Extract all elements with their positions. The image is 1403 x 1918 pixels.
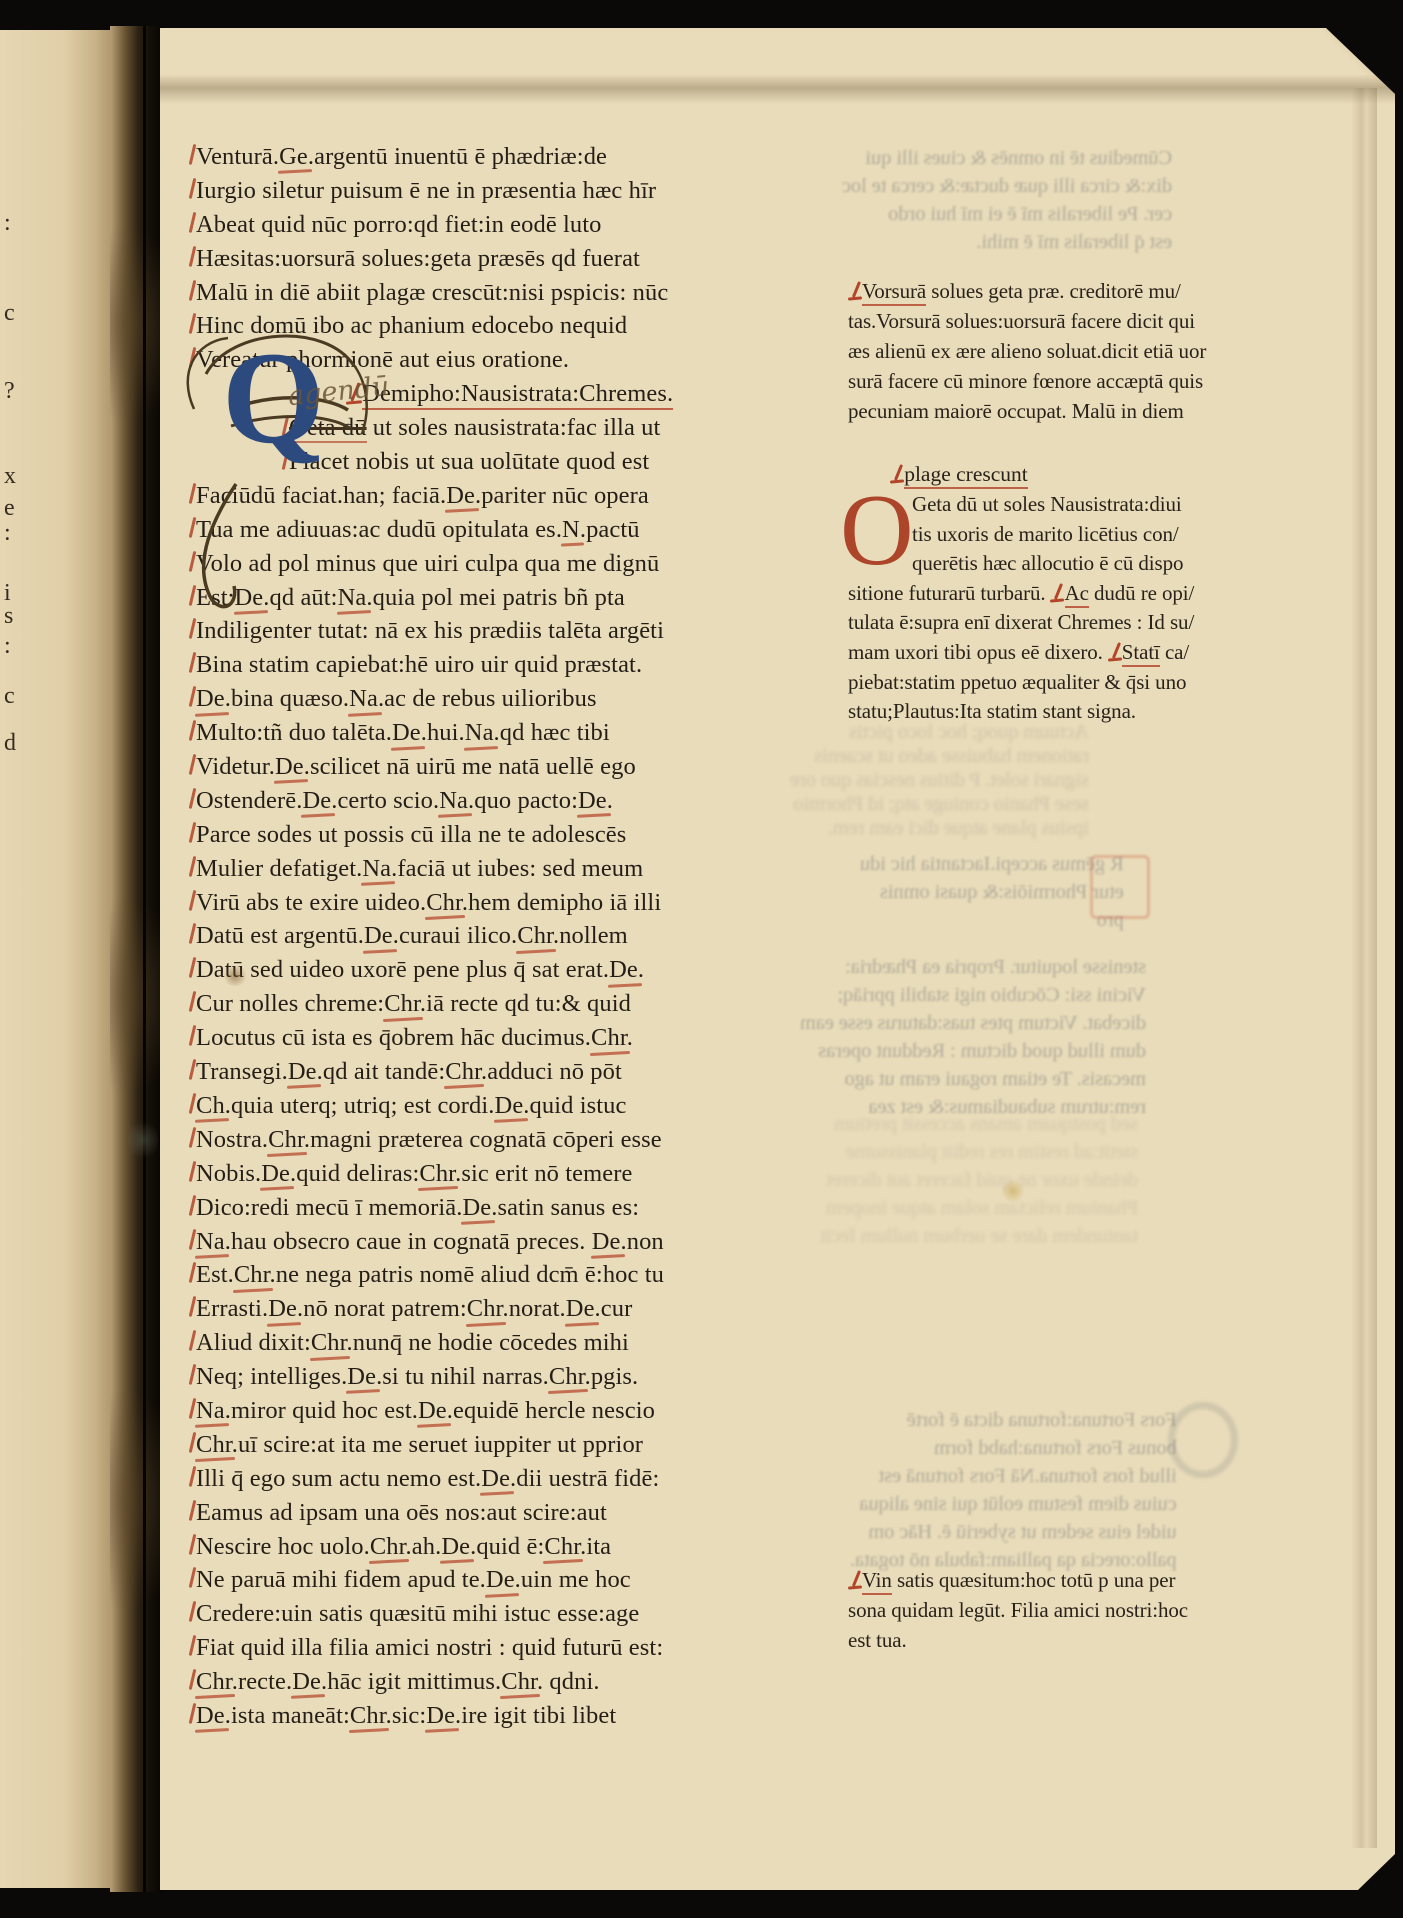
bleedthrough-line: illud fors fortuna.Nā Fors fortunā est: [850, 1462, 1177, 1490]
rubric-stroke: [189, 1466, 197, 1487]
speaker-abbreviation: De.: [495, 1092, 530, 1119]
commentary-line: sona quidam legūt. Filia amici nostri:ho…: [848, 1595, 1193, 1625]
bleedthrough-line: stetit:ad restim res rediit planissume: [820, 1138, 1138, 1166]
speaker-abbreviation: De.: [446, 482, 481, 509]
speaker-abbreviation: Chr.: [196, 1668, 238, 1695]
rubric-stroke: [189, 1262, 197, 1283]
bleedthrough-initial-o: [1168, 1402, 1238, 1478]
rubric-stroke: [189, 1330, 197, 1351]
speaker-abbreviation: De.: [486, 1566, 521, 1593]
bleedthrough-line: deinde uxor ne quid faceret aut diceret: [820, 1166, 1138, 1194]
commentary-line: Geta dū ut soles Nausistrata:diui: [912, 490, 1193, 520]
commentary-line: tis uxoris de marito licētius con/: [912, 520, 1193, 550]
speaker-abbreviation: Chr.: [196, 1431, 238, 1458]
rubric-stroke: [189, 754, 197, 775]
commentary-line: tulata ē:supra enī dixerat Chremes : Id …: [848, 608, 1193, 638]
speaker-abbreviation: De.: [268, 1295, 303, 1322]
rubric-stroke: [189, 144, 197, 165]
rubric-stroke: [189, 618, 197, 639]
verse-line: Hæsitas:uorsurā solues:geta præsēs qd fu…: [196, 242, 736, 276]
verse-line: De.bina quæso.Na.ac de rebus uilioribus: [196, 682, 736, 716]
speaker-abbreviation: De.: [418, 1397, 453, 1424]
speaker-abbreviation: Na.: [196, 1228, 231, 1255]
speaker-abbreviation: Na.: [196, 1397, 231, 1424]
bleedthrough-text: sed postquam amans accessit pretiumsteti…: [820, 1110, 1138, 1250]
facing-page-letter: s: [4, 603, 13, 630]
red-underlined-text: Vin: [862, 1568, 892, 1595]
rubric-stroke: [189, 1364, 197, 1385]
verse-line: Multo:tñ duo talēta.De.hui.Na.qd hæc tib…: [196, 716, 736, 750]
bleedthrough-line: ipsius plane atque dici eam rem.: [790, 816, 1089, 840]
verse-line: Datū est argentū.De.curaui ilico.Chr.nol…: [196, 919, 736, 953]
verse-line: Abeat quid nūc porro:qd fiet:in eodē lut…: [196, 208, 736, 242]
verse-line: Ne paruā mihi fidem apud te.De.uin me ho…: [196, 1563, 736, 1597]
rubric-stroke: [189, 923, 197, 944]
verse-line: Parce sodes ut possis cū illa ne te adol…: [196, 818, 736, 852]
bleedthrough-line: mecasis. Te etiam rogaui eram ut ago: [800, 1065, 1146, 1093]
commentary-paragraph-3: Vin satis quæsitum:hoc totū p una person…: [848, 1565, 1193, 1655]
pilcrow-mark: [848, 283, 861, 300]
speaker-abbreviation: De.: [392, 719, 427, 746]
bleedthrough-line: Phanium relictam solam atque inopem: [820, 1194, 1138, 1222]
verse-line: Mulier defatiget.Na.faciā ut iubes: sed …: [196, 852, 736, 886]
speaker-abbreviation: Chr.: [445, 1058, 487, 1085]
verse-line: Est.Chr.ne nega patris nomē aliud dcm̄ ē…: [196, 1258, 736, 1292]
verse-line: Chr.uī scire:at ita me seruet iuppiter u…: [196, 1428, 736, 1462]
rubric-stroke: [189, 1567, 197, 1588]
speaker-abbreviation: Ch.: [196, 1092, 231, 1119]
facing-page-letter: :: [4, 633, 11, 660]
bleedthrough-text: stenisse loquitur. Propria ea Phædria:Vi…: [800, 953, 1146, 1121]
speaker-abbreviation: De.: [441, 1533, 476, 1560]
facing-page-letter: ?: [4, 378, 15, 405]
verse-line: Credere:uin satis quæsitū mihi istuc ess…: [196, 1597, 736, 1631]
bleedthrough-line: dix:& circa illi quæ ductæ:& cerca te lo…: [842, 172, 1172, 200]
bleedthrough-line: Cūmedius tē in omnēs & ciues illi qui: [842, 144, 1172, 172]
commentary-line: pecuniam maiorē occupat. Malū in diem: [848, 396, 1193, 426]
speaker-abbreviation: Chr.: [426, 889, 468, 916]
commentary-line: surā facere cū minore fœnore accæptā qui…: [848, 366, 1193, 396]
verse-line: De.ista maneāt:Chr.sic:De.ire igit tibi …: [196, 1699, 736, 1733]
red-underlined-text: Ac: [1065, 581, 1089, 608]
bleedthrough-line: dum illud quod dictum : Reddunt operas: [800, 1037, 1146, 1065]
bleedthrough-line: bonus Fors fortuna:habd form: [850, 1434, 1177, 1462]
bleedthrough-line: stenisse loquitur. Propria ea Phædria:: [800, 953, 1146, 981]
verse-line: Na.miror quid hoc est.De.equidē hercle n…: [196, 1394, 736, 1428]
rubric-stroke: [189, 178, 197, 199]
verse-line: Venturā.Ge.argentū inuentū ē phædriæ:de: [196, 140, 736, 174]
page-corner-fold: [1323, 28, 1395, 96]
rubric-stroke: [189, 788, 197, 809]
bleedthrough-line: dicebat. Victum ptes tuas:daturus esse e…: [800, 1009, 1146, 1037]
speaker-abbreviation: Chr.: [350, 1702, 392, 1729]
speaker-abbreviation: Ge.: [279, 143, 314, 170]
rubric-stroke: [189, 1533, 197, 1554]
speaker-abbreviation: Chr.: [311, 1329, 353, 1356]
verse-line: Na.hau obsecro caue in cognatā preces. D…: [196, 1225, 736, 1259]
commentary-paragraph-2: Geta dū ut soles Nausistrata:diuitis uxo…: [848, 490, 1193, 727]
verse-line: Datū sed uideo uxorē pene plus q̄ sat er…: [196, 953, 736, 987]
bleedthrough-line: uidel eius sedem ut syberiū ē. Hāc om: [850, 1518, 1177, 1546]
rubric-stroke: [189, 720, 197, 741]
speaker-abbreviation: Chr.: [234, 1261, 276, 1288]
rubric-stroke: [189, 1161, 197, 1182]
page-stain: [222, 966, 248, 986]
ink-smudge: [128, 1118, 158, 1162]
verse-line: Cur nolles chreme:Chr.iā recte qd tu:& q…: [196, 987, 736, 1021]
rubric-stroke: [189, 1296, 197, 1317]
facing-page-letter: e: [4, 495, 15, 522]
rubric-stroke: [189, 279, 197, 300]
facing-page-letter: c: [4, 300, 15, 327]
rubric-stroke: [189, 1635, 197, 1656]
speaker-abbreviation: De.: [196, 685, 231, 712]
speaker-abbreviation: De.: [292, 1668, 327, 1695]
book-page: Cūmedius tē in omnēs & ciues illi quidix…: [160, 28, 1395, 1890]
commentary-paragraph-1: Vorsurā solues geta præ. creditorē mu/ta…: [848, 276, 1193, 426]
facing-page-letter: c: [4, 683, 15, 710]
speaker-abbreviation: De.: [196, 1702, 231, 1729]
verse-line: Indiligenter tutat: nā ex his prædiis ta…: [196, 614, 736, 648]
rubric-stroke: [189, 652, 197, 673]
speaker-abbreviation: N.: [562, 516, 586, 543]
red-underlined-text: Statī: [1122, 640, 1160, 667]
bleedthrough-text: Fors Fortuna:fortuna dicta ē fortēbonus …: [850, 1406, 1177, 1574]
speaker-abbreviation: Chr.: [467, 1295, 509, 1322]
speaker-abbreviation: De.: [462, 1194, 497, 1221]
rubric-stroke: [189, 1025, 197, 1046]
bleedthrough-line: cer. Pe liberalis mī ē ei mī hui ordo: [842, 200, 1172, 228]
bleedthrough-line: Vicini ssi: Cōcubio nigi stabili ppriāq;: [800, 981, 1146, 1009]
verse-line: Locutus cū ista es q̄obrem hāc ducimus.C…: [196, 1021, 736, 1055]
speaker-abbreviation: Chr.: [591, 1024, 633, 1051]
verse-line: Virū abs te exire uideo.Chr.hem demipho …: [196, 886, 736, 920]
rubric-stroke: [189, 822, 197, 843]
bleedthrough-line: R gēmus accepi.Iactantia hic idu: [860, 850, 1124, 878]
verse-line: Ostenderē.De.certo scio.Na.quo pacto:De.: [196, 784, 736, 818]
verse-line: Aliud dixit:Chr.nunq̄ ne hodie cōcedes m…: [196, 1326, 736, 1360]
verse-line: Transegi.De.qd ait tandē:Chr.adduci nō p…: [196, 1055, 736, 1089]
commentary-line: statu;Plautus:Ita statim stant signa.: [848, 697, 1193, 727]
bleedthrough-text: Actuum quoq; hoc loco pictisrationem hab…: [790, 720, 1089, 840]
illuminated-initial: Q: [206, 326, 376, 606]
verse-line: Chr.recte.De.hāc igit mittimus.Chr. qdni…: [196, 1665, 736, 1699]
speaker-abbreviation: Chr.: [419, 1160, 461, 1187]
bleedthrough-line: est q̄ liberalis mī ē mihi.: [842, 228, 1172, 256]
speaker-abbreviation: Na.: [439, 787, 474, 814]
commentary-line: æs alienū ex ære alieno soluat.dicit eti…: [848, 336, 1193, 366]
speaker-abbreviation: De.: [261, 1160, 296, 1187]
rubric-stroke: [189, 1194, 197, 1215]
facing-page-letter: :: [4, 210, 11, 237]
verse-line: Nostra.Chr.magni præterea cognatā cōperi…: [196, 1123, 736, 1157]
verse-line: Dico:redi mecū ī memoriā.De.satin sanus …: [196, 1191, 736, 1225]
speaker-abbreviation: De.: [347, 1363, 382, 1390]
facing-page-edge: :c?xe:is:cd: [0, 30, 116, 1888]
speaker-abbreviation: Chr.: [370, 1533, 412, 1560]
speaker-abbreviation: Chr.: [517, 922, 559, 949]
bleedthrough-line: cuius diem festum eolūt qui sine aliqua: [850, 1490, 1177, 1518]
commentary-line: mam uxori tibi opus eē dixero. Statī ca/: [848, 638, 1193, 668]
speaker-abbreviation: De.: [578, 787, 613, 814]
rubric-stroke: [189, 1601, 197, 1622]
verse-line: Malū in diē abiit plagæ crescūt:nisi psp…: [196, 276, 736, 310]
speaker-abbreviation: Chr.: [384, 990, 426, 1017]
speaker-abbreviation: Chr.: [268, 1126, 310, 1153]
bleedthrough-line: etur Phormiōis:& quasi omnis: [860, 878, 1124, 906]
rubric-stroke: [189, 246, 197, 267]
speaker-abbreviation: De.: [481, 1465, 516, 1492]
rubric-stroke: [189, 212, 197, 233]
binding-gutter: [110, 26, 164, 1892]
speaker-abbreviation: De.: [364, 922, 399, 949]
commentary-line: Vorsurā solues geta præ. creditorē mu/: [848, 276, 1193, 306]
bleedthrough-line: rationem habuisse adeo ut scaenis: [790, 744, 1089, 768]
red-underlined-text: Demipho:Nausistrata:Chremes.: [362, 380, 673, 410]
facing-page-letter: d: [4, 730, 16, 757]
page-crease: [160, 74, 1395, 104]
speaker-abbreviation: Na.: [349, 685, 384, 712]
rubric-stroke: [189, 889, 197, 910]
speaker-abbreviation: Chr.: [544, 1533, 586, 1560]
rubric-stroke: [189, 1500, 197, 1521]
bleedthrough-line: sed postquam amans accessit pretium: [820, 1110, 1138, 1138]
speaker-abbreviation: De.: [609, 956, 644, 983]
bleedthrough-text: R gēmus accepi.Iactantia hic iduetur Pho…: [860, 850, 1124, 934]
red-underlined-text: plage crescunt: [904, 462, 1028, 489]
verse-line: Neq; intelliges.De.si tu nihil narras.Ch…: [196, 1360, 736, 1394]
book-scan: :c?xe:is:cd Cūmedius tē in omnēs & ciues…: [0, 0, 1403, 1918]
facing-page-letter: x: [4, 463, 16, 490]
speaker-abbreviation: Chr.: [549, 1363, 591, 1390]
bleedthrough-line: tantundem dare se uerbum nullum fecit: [820, 1222, 1138, 1250]
bleedthrough-line: sese Phanio coniuge atq; id Phormio: [790, 792, 1089, 816]
facing-page-letter: :: [4, 520, 11, 547]
verse-line: Eamus ad ipsam una oēs nos:aut scire:aut: [196, 1496, 736, 1530]
verse-line: Nescire hoc uolo.Chr.ah.De.quid ē:Chr.it…: [196, 1530, 736, 1564]
pilcrow-mark: [1108, 644, 1121, 661]
rubric-stroke: [189, 991, 197, 1012]
bleedthrough-initial-box: [1090, 855, 1150, 919]
bleedthrough-text: Cūmedius tē in omnēs & ciues illi quidix…: [842, 144, 1172, 256]
speaker-abbreviation: De.: [302, 787, 337, 814]
speaker-abbreviation: De.: [288, 1058, 323, 1085]
rubric-stroke: [189, 1127, 197, 1148]
bleedthrough-line: signari solet. P ditius nescias quo ore: [790, 768, 1089, 792]
bleedthrough-line: Fors Fortuna:fortuna dicta ē fortē: [850, 1406, 1177, 1434]
commentary-line: sitione futurarū turbarū. Ac dudū re opi…: [848, 579, 1193, 609]
page-edge-shading: [1351, 88, 1377, 1848]
verse-line: Illi q̄ ego sum actu nemo est.De.dii ues…: [196, 1462, 736, 1496]
verse-line: Iurgio siletur puisum ē ne in præsentia …: [196, 174, 736, 208]
speaker-abbreviation: Na.: [465, 719, 500, 746]
commentary-line: tas.Vorsurā solues:uorsurā facere dicit …: [848, 306, 1193, 336]
verse-line: Nobis.De.quid deliras:Chr.sic erit nō te…: [196, 1157, 736, 1191]
speaker-abbreviation: Na.: [362, 855, 397, 882]
page-stain: [1002, 1178, 1024, 1204]
speaker-abbreviation: De.: [592, 1228, 627, 1255]
bleedthrough-line: pro: [860, 906, 1124, 934]
commentary-line: piebat:statim ppetuo æqualiter & q̄si un…: [848, 668, 1193, 698]
verse-line: Videtur.De.scilicet nā uirū me natā uell…: [196, 750, 736, 784]
commentary-line: Vin satis quæsitum:hoc totū p una per: [848, 1565, 1193, 1595]
rubric-stroke: [189, 856, 197, 877]
verse-line: Ch.quia uterq; utriq; est cordi.De.quid …: [196, 1089, 736, 1123]
commentary-line: est tua.: [848, 1625, 1193, 1655]
speaker-abbreviation: De.: [566, 1295, 601, 1322]
pilcrow-mark: [1051, 585, 1064, 602]
red-underlined-text: Vorsurā: [862, 279, 926, 306]
speaker-abbreviation: Chr.: [501, 1668, 543, 1695]
verse-line: Demipho:Nausistrata:Chremes.: [346, 377, 736, 411]
verse-line: Bina statim capiebat:hē uiro uir quid pr…: [196, 648, 736, 682]
verse-line: Errasti.De.nō norat patrem:Chr.norat.De.…: [196, 1292, 736, 1326]
rubric-stroke: [189, 957, 197, 978]
rubric-stroke: [189, 1059, 197, 1080]
speaker-abbreviation: De.: [275, 753, 310, 780]
pilcrow-mark: [848, 1572, 861, 1589]
commentary-line: querētis hæc allocutio ē cū dispo: [912, 549, 1193, 579]
verse-line: Fiat quid illa filia amici nostri : quid…: [196, 1631, 736, 1665]
speaker-abbreviation: De.: [426, 1702, 461, 1729]
